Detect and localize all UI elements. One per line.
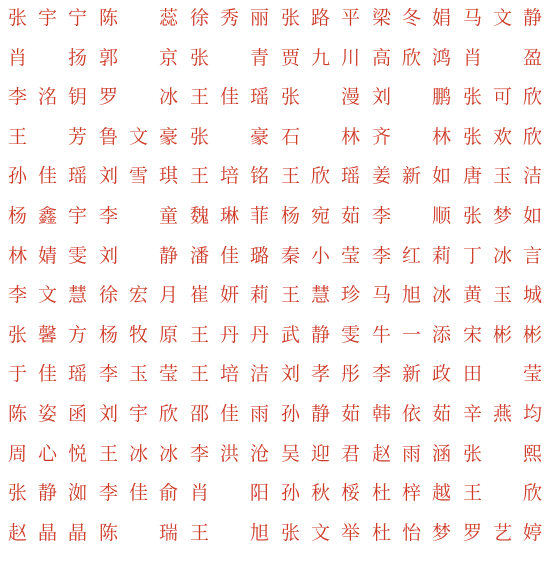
name-cell: 孙佳瑶 (8, 164, 88, 192)
name-cell: 王佳瑶 (190, 85, 270, 113)
name-cell: 李文慧 (8, 283, 88, 311)
name-cell: 肖扬 (8, 46, 88, 74)
name-cell: 李新政 (372, 362, 452, 390)
name-cell: 张豪 (190, 125, 270, 153)
name-cell: 秦小莹 (281, 244, 361, 272)
name-cell: 陈姿函 (8, 402, 88, 430)
name-cell: 黄玉城 (463, 283, 543, 311)
name-cell: 陈瑞 (99, 521, 179, 549)
name-cell: 孙静茹 (281, 402, 361, 430)
name-cell: 王旭 (190, 521, 270, 549)
name-cell: 辛燕均 (463, 402, 543, 430)
name-cell: 王芳 (8, 125, 88, 153)
name-cell: 王冰冰 (99, 442, 179, 470)
name-cell: 贾九川 (281, 46, 361, 74)
name-cell: 张宇宁 (8, 6, 88, 34)
name-cell: 杨宛茹 (281, 204, 361, 232)
name-cell: 武静雯 (281, 323, 361, 351)
name-cell: 肖盈 (463, 46, 543, 74)
name-cell: 李洺钥 (8, 85, 88, 113)
name-cell: 张漫 (281, 85, 361, 113)
name-cell: 王欣 (463, 481, 543, 509)
name-cell: 肖阳 (190, 481, 270, 509)
name-cell: 刘雪琪 (99, 164, 179, 192)
name-cell: 罗冰 (99, 85, 179, 113)
name-cell: 丁冰言 (463, 244, 543, 272)
name-cell: 李红莉 (372, 244, 452, 272)
name-cell: 刘静 (99, 244, 179, 272)
name-cell: 魏琳菲 (190, 204, 270, 232)
name-cell: 张路平 (281, 6, 361, 34)
name-cell: 田莹 (463, 362, 543, 390)
name-cell: 刘孝彤 (281, 362, 361, 390)
name-cell: 张欢欣 (463, 125, 543, 153)
name-cell: 宋彬彬 (463, 323, 543, 351)
name-cell: 李洪沧 (190, 442, 270, 470)
name-cell: 于佳瑶 (8, 362, 88, 390)
name-cell: 马旭冰 (372, 283, 452, 311)
name-cell: 林婧雯 (8, 244, 88, 272)
name-cell: 刘宇欣 (99, 402, 179, 430)
name-cell: 李玉莹 (99, 362, 179, 390)
name-cell: 徐宏月 (99, 283, 179, 311)
name-cell: 崔妍莉 (190, 283, 270, 311)
name-cell: 李童 (99, 204, 179, 232)
name-cell: 张静洳 (8, 481, 88, 509)
name-cell: 张梦如 (463, 204, 543, 232)
name-cell: 张可欣 (463, 85, 543, 113)
name-cell: 陈蕊 (99, 6, 179, 34)
name-list: 张宇宁陈蕊徐秀丽张路平梁冬娟马文静肖扬郭京张青贾九川高欣鸿肖盈李洺钥罗冰王佳瑶张… (0, 0, 560, 576)
name-cell: 姜新如 (372, 164, 452, 192)
name-cell: 吴迎君 (281, 442, 361, 470)
name-cell: 杜怡梦 (372, 521, 452, 549)
name-cell: 韩依茹 (372, 402, 452, 430)
name-cell: 赵晶晶 (8, 521, 88, 549)
name-cell: 鲁文豪 (99, 125, 179, 153)
name-cell: 石林 (281, 125, 361, 153)
name-cell: 周心悦 (8, 442, 88, 470)
name-cell: 王欣瑶 (281, 164, 361, 192)
name-cell: 郭京 (99, 46, 179, 74)
name-cell: 王丹丹 (190, 323, 270, 351)
name-cell: 张熙 (463, 442, 543, 470)
name-cell: 王培铭 (190, 164, 270, 192)
name-cell: 牛一添 (372, 323, 452, 351)
name-cell: 赵雨涵 (372, 442, 452, 470)
name-cell: 张青 (190, 46, 270, 74)
name-cell: 邵佳雨 (190, 402, 270, 430)
name-cell: 李顺 (372, 204, 452, 232)
name-cell: 齐林 (372, 125, 452, 153)
name-cell: 孙秋桵 (281, 481, 361, 509)
name-cell: 王慧珍 (281, 283, 361, 311)
name-cell: 王培洁 (190, 362, 270, 390)
name-cell: 徐秀丽 (190, 6, 270, 34)
name-cell: 梁冬娟 (372, 6, 452, 34)
name-cell: 杨牧原 (99, 323, 179, 351)
name-cell: 高欣鸿 (372, 46, 452, 74)
name-cell: 潘佳璐 (190, 244, 270, 272)
name-cell: 刘鹏 (372, 85, 452, 113)
name-cell: 唐玉洁 (463, 164, 543, 192)
name-cell: 罗艺婷 (463, 521, 543, 549)
name-cell: 杜梓越 (372, 481, 452, 509)
name-cell: 杨鑫宇 (8, 204, 88, 232)
name-cell: 张馨方 (8, 323, 88, 351)
name-cell: 马文静 (463, 6, 543, 34)
name-cell: 李佳俞 (99, 481, 179, 509)
name-cell: 张文举 (281, 521, 361, 549)
